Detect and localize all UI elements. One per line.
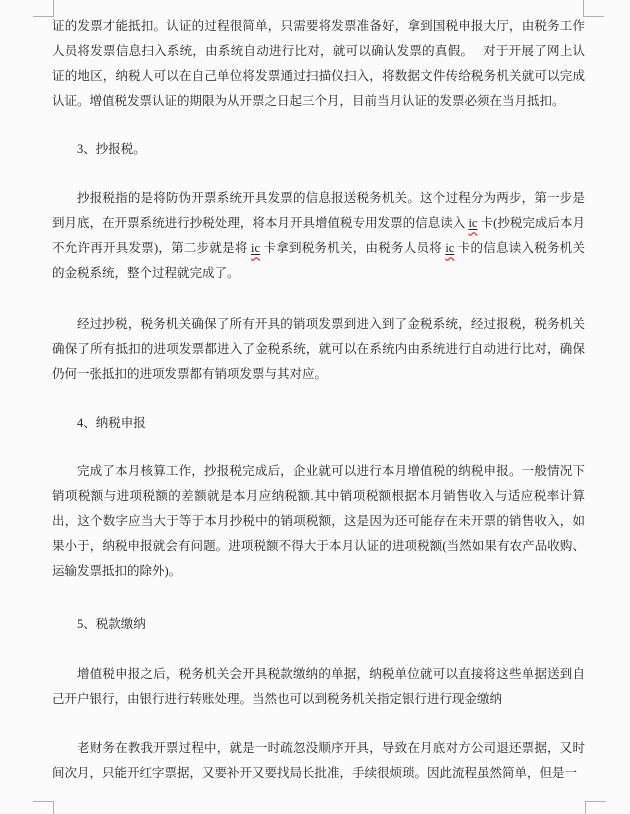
spellchecked-word: ic — [251, 241, 260, 255]
heading-section-4-tax-declaration: 4、纳税申报 — [52, 411, 585, 436]
text-boundary-mark-bottom-left — [33, 801, 54, 814]
paragraph-invoice-lesson: 老财务在教我开票过程中，就是一时疏忽没顺序开具，导致在月底对方公司退还票据，又时… — [52, 736, 585, 786]
paragraph-tax-declaration-detail: 完成了本月核算工作，抄报税完成后，企业就可以进行本月增值税的纳税申报。一般情况下… — [52, 459, 585, 584]
paragraph-chaobaoshui-process: 抄报税指的是将防伪开票系统开具发票的信息报送税务机关。这个过程分为两步，第一步是… — [52, 186, 585, 286]
spellchecked-word: ic — [445, 241, 454, 255]
paragraph-tax-payment-detail: 增值税申报之后，税务机关会开具税款缴纳的单据，纳税单位就可以直接将这些单据送到自… — [52, 662, 585, 712]
text-boundary-mark-top-left — [33, 0, 54, 17]
spellchecked-word: ic — [468, 216, 477, 230]
heading-section-3-chaobaoshui: 3、抄报税。 — [52, 137, 585, 162]
text-boundary-mark-bottom-right — [585, 801, 606, 814]
document-page: 证的发票才能抵扣。认证的过程很简单，只需要将发票准备好，拿到国税申报大厅，由税务… — [0, 0, 630, 814]
paragraph-golden-tax-matching: 经过抄税，税务机关确保了所有开具的销项发票到进入到了金税系统，经过报税，税务机关… — [52, 312, 585, 387]
paragraph-invoice-certification: 证的发票才能抵扣。认证的过程很简单，只需要将发票准备好，拿到国税申报大厅，由税务… — [52, 14, 585, 114]
heading-section-5-tax-payment: 5、税款缴纳 — [52, 612, 585, 637]
text-boundary-mark-top-right — [583, 0, 604, 17]
